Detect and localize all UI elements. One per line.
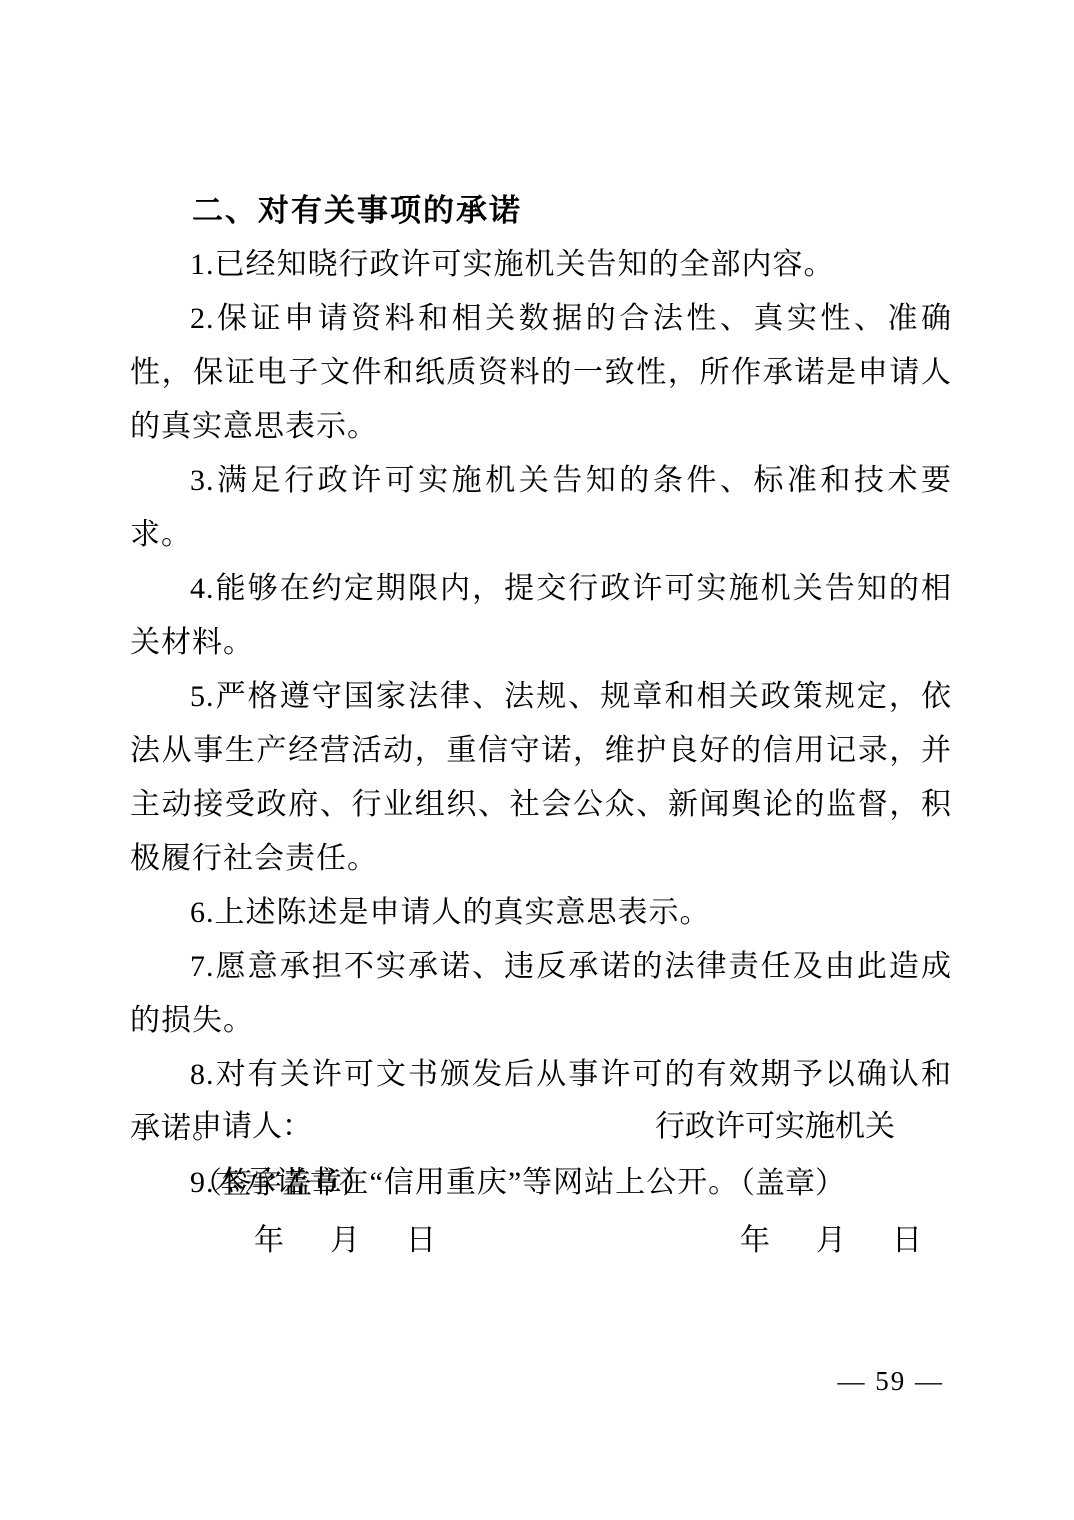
commitment-list: 1.已经知晓行政许可实施机关告知的全部内容。2.保证申请资料和相关数据的合法性、… [130, 238, 952, 1210]
applicant-date-line: 年 月 日 [192, 1212, 444, 1269]
applicant-label: 申请人： [192, 1098, 444, 1155]
authority-date-line: 年 月 日 [655, 1212, 930, 1269]
commitment-item: 7.愿意承担不实承诺、违反承诺的法律责任及由此造成的损失。 [130, 940, 952, 1048]
section-heading: 二、对有关事项的承诺 [130, 184, 952, 238]
commitment-item: 3.满足行政许可实施机关告知的条件、标准和技术要求。 [130, 454, 952, 562]
applicant-seal-note: （签字盖章） [192, 1155, 444, 1212]
page-number: — 59 — [838, 1365, 945, 1397]
commitment-item: 5.严格遵守国家法律、法规、规章和相关政策规定，依法从事生产经营活动，重信守诺，… [130, 670, 952, 886]
commitment-item: 6.上述陈述是申请人的真实意思表示。 [130, 886, 952, 940]
authority-label: 行政许可实施机关 [655, 1098, 930, 1155]
authority-seal-note: （盖章） [655, 1155, 930, 1212]
authority-signature-block: 行政许可实施机关 （盖章） 年 月 日 [655, 1098, 930, 1269]
commitment-item: 2.保证申请资料和相关数据的合法性、真实性、准确性，保证电子文件和纸质资料的一致… [130, 292, 952, 454]
applicant-signature-block: 申请人： （签字盖章） 年 月 日 [192, 1098, 444, 1269]
document-body: 二、对有关事项的承诺 1.已经知晓行政许可实施机关告知的全部内容。2.保证申请资… [130, 184, 952, 1210]
commitment-item: 4.能够在约定期限内，提交行政许可实施机关告知的相关材料。 [130, 562, 952, 670]
document-page: 二、对有关事项的承诺 1.已经知晓行政许可实施机关告知的全部内容。2.保证申请资… [0, 0, 1074, 1520]
commitment-item: 1.已经知晓行政许可实施机关告知的全部内容。 [130, 238, 952, 292]
